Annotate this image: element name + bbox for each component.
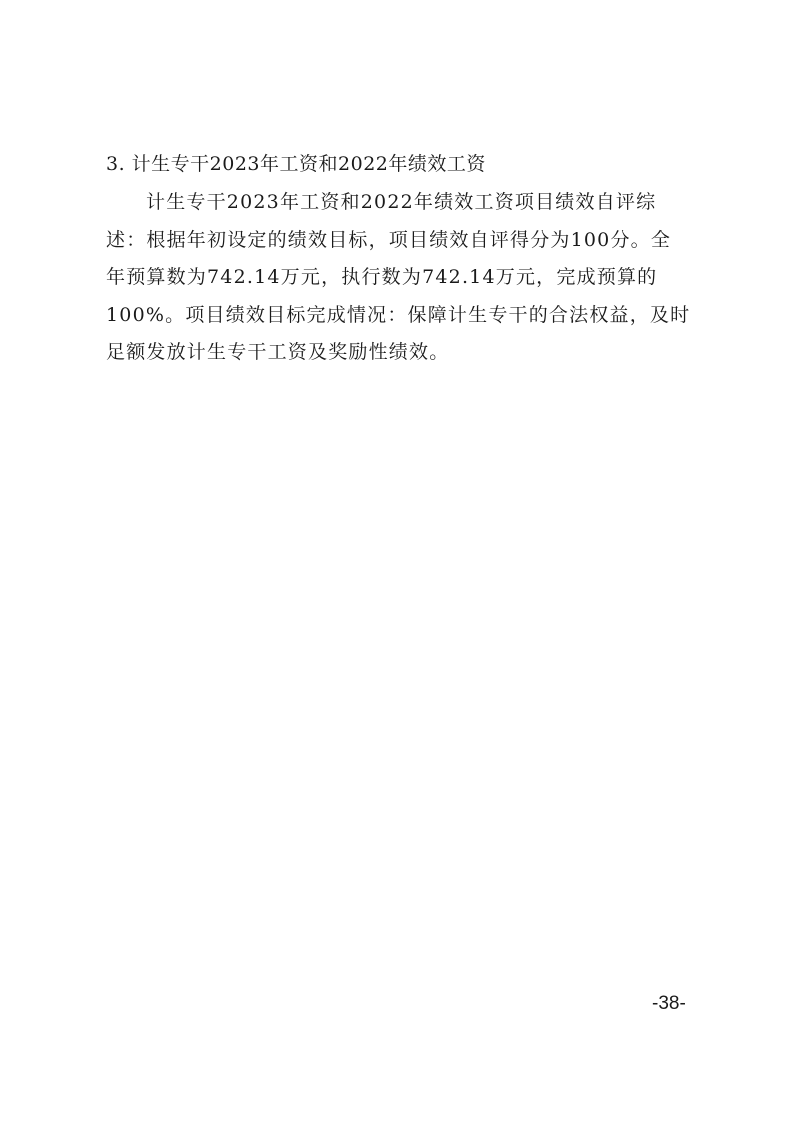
section-paragraph: 计生专干2023年工资和2022年绩效工资项目绩效自评综 述：根据年初设定的绩效… xyxy=(106,184,694,372)
section-heading: 3. 计生专干2023年工资和2022年绩效工资 xyxy=(106,150,486,178)
document-page: 3. 计生专干2023年工资和2022年绩效工资 计生专干2023年工资和202… xyxy=(0,0,793,1122)
paragraph-line: 计生专干2023年工资和2022年绩效工资项目绩效自评综 xyxy=(106,184,694,222)
paragraph-line: 述：根据年初设定的绩效目标，项目绩效自评得分为100分。全 xyxy=(106,222,694,260)
paragraph-line: 年预算数为742.14万元，执行数为742.14万元，完成预算的 xyxy=(106,259,694,297)
paragraph-line: 足额发放计生专干工资及奖励性绩效。 xyxy=(106,334,694,372)
paragraph-line: 100%。项目绩效目标完成情况：保障计生专干的合法权益，及时 xyxy=(106,297,694,335)
page-number: -38- xyxy=(652,993,686,1015)
